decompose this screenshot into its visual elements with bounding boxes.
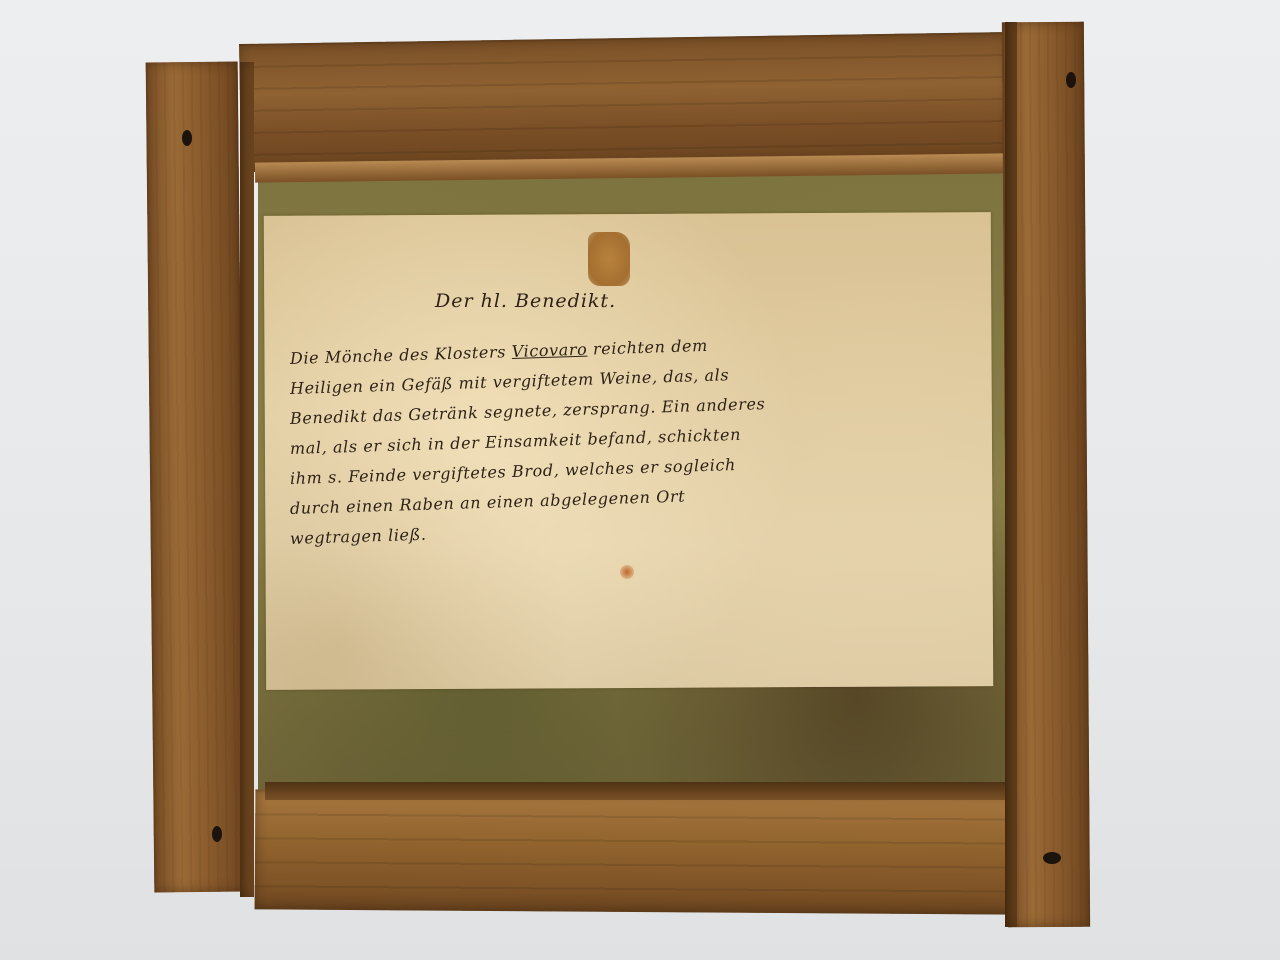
frame-rail-right-edge [1005, 22, 1017, 927]
frame-rail-left [146, 62, 247, 893]
label-title: Der hl. Benedikt. [435, 290, 980, 312]
frame-rail-top [239, 32, 1011, 172]
stain [620, 565, 634, 579]
tape-residue [588, 232, 630, 286]
frame-inner-lip-bottom [265, 782, 1015, 800]
underlined-word: Vicovaro [511, 340, 587, 361]
label-text: Der hl. Benedikt. Die Mönche des Kloster… [290, 290, 980, 554]
nail-hole-icon [182, 130, 192, 146]
frame-rail-left-edge [240, 62, 254, 897]
frame-rail-bottom [255, 789, 1026, 914]
nail-hole-icon [1066, 72, 1076, 88]
nail-hole-icon [1043, 852, 1061, 864]
nail-hole-icon [212, 826, 222, 842]
